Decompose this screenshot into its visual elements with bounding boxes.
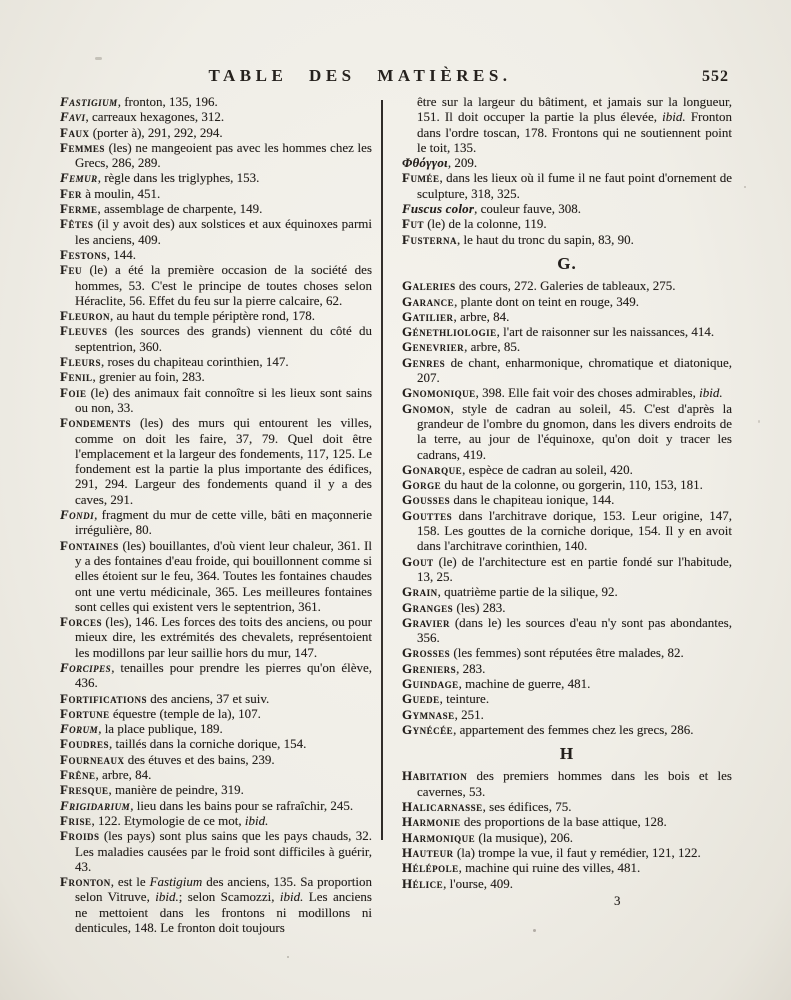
paper-speck <box>533 929 536 932</box>
scanned-book-page: TABLE DES MATIÈRES. 552 Fastigium, front… <box>0 0 791 1000</box>
index-entry: Fondements (les) des murs qui entourent … <box>60 415 372 507</box>
entry-headword: Gorge <box>402 477 441 492</box>
entry-headword: Fronton <box>60 874 111 889</box>
entry-headword: Gonarque <box>402 462 462 477</box>
index-entry: Gynécée, appartement des femmes chez les… <box>402 722 732 737</box>
index-entry: Foudres, taillés dans la corniche doriqu… <box>60 736 372 751</box>
index-entry: Fleuron, au haut du temple périptère ron… <box>60 308 372 323</box>
entry-headword: Feu <box>60 262 82 277</box>
paper-speck <box>95 57 102 60</box>
entry-headword: Frigidarium <box>60 798 130 813</box>
index-entry: Fut (le) de la colonne, 119. <box>402 216 732 231</box>
index-entry: Faux (porter à), 291, 292, 294. <box>60 125 372 140</box>
entry-headword: Fourneaux <box>60 752 124 767</box>
entry-headword: Forum <box>60 721 98 736</box>
index-entry: Gousses dans le chapiteau ionique, 144. <box>402 492 732 507</box>
index-entry: Fontaines (les) bouillantes, d'où vient … <box>60 538 372 614</box>
index-entry: Femmes (les) ne mangeoient pas avec les … <box>60 140 372 171</box>
index-entry: Hélépole, machine qui ruine des villes, … <box>402 860 732 875</box>
index-entry: Harmonique (la musique), 206. <box>402 830 732 845</box>
entry-headword: Guindage <box>402 676 459 691</box>
entry-headword: Fondi <box>60 507 94 522</box>
index-entry: Fuscus color, couleur fauve, 308. <box>402 201 732 216</box>
index-entry: Favi, carreaux hexagones, 312. <box>60 109 372 124</box>
entry-headword: Fêtes <box>60 216 93 231</box>
entry-headword: Génethliologie <box>402 324 497 339</box>
section-heading: H <box>402 737 732 768</box>
entry-headword: Gymnase <box>402 707 455 722</box>
paper-speck <box>758 420 760 423</box>
entry-headword: Habitation <box>402 768 467 783</box>
index-entry: Feu (le) a été la première occasion de l… <box>60 262 372 308</box>
index-entry: Fondi, fragment du mur de cette ville, b… <box>60 507 372 538</box>
index-entry: Fortune équestre (temple de la), 107. <box>60 706 372 721</box>
entry-headword: Fuscus color <box>402 201 474 216</box>
entry-headword: Genres <box>402 355 445 370</box>
entry-headword: Fondements <box>60 415 131 430</box>
entry-headword: Gnomonique <box>402 385 476 400</box>
index-entry: Fêtes (il y avoit des) aux solstices et … <box>60 216 372 247</box>
index-entry: Gymnase, 251. <box>402 707 732 722</box>
index-entry: Hauteur (la) trompe la vue, il faut y re… <box>402 845 732 860</box>
entry-headword: Guede <box>402 691 440 706</box>
entry-headword: Fastigium <box>60 94 118 109</box>
entry-headword: Granges <box>402 600 453 615</box>
entry-headword: Fer <box>60 186 82 201</box>
entry-headword: Harmonique <box>402 830 475 845</box>
entry-headword: Favi <box>60 109 86 124</box>
entry-headword: Ferme <box>60 201 97 216</box>
paper-speck <box>744 186 746 188</box>
entry-headword: Foie <box>60 385 86 400</box>
entry-headword: Fleuron <box>60 308 110 323</box>
index-entry: Gatilier, arbre, 84. <box>402 309 732 324</box>
entry-headword: Gouttes <box>402 508 452 523</box>
index-entry: Fourneaux des étuves et des bains, 239. <box>60 752 372 767</box>
page-number: 552 <box>702 68 729 86</box>
entry-headword: Fortifications <box>60 691 147 706</box>
index-entry: Femur, règle dans les triglyphes, 153. <box>60 170 372 185</box>
index-entry: Gout (le) de l'architecture est en parti… <box>402 554 732 585</box>
page-title: TABLE DES MATIÈRES. <box>60 66 660 86</box>
entry-headword: Φθόγγοι <box>402 155 448 170</box>
index-entry: Froids (les pays) sont plus sains que le… <box>60 828 372 874</box>
entry-headword: Gout <box>402 554 434 569</box>
index-entry: Fleurs, roses du chapiteau corinthien, 1… <box>60 354 372 369</box>
entry-headword: Forcipes <box>60 660 111 675</box>
index-entry: Fresque, manière de peindre, 319. <box>60 782 372 797</box>
index-entry: Genevrier, arbre, 85. <box>402 339 732 354</box>
entry-headword: Fumée <box>402 170 439 185</box>
index-entry: Forces (les), 146. Les forces des toits … <box>60 614 372 660</box>
index-entry: Frigidarium, lieu dans les bains pour se… <box>60 798 372 813</box>
entry-headword: Fontaines <box>60 538 119 553</box>
entry-headword: Genevrier <box>402 339 464 354</box>
entry-headword: Fut <box>402 216 424 231</box>
entry-headword: Harmonie <box>402 814 461 829</box>
index-entry: Galeries des cours, 272. Galeries de tab… <box>402 278 732 293</box>
index-entry: Forum, la place publique, 189. <box>60 721 372 736</box>
entry-headword: Gnomon <box>402 401 451 416</box>
entry-headword: Gravier <box>402 615 450 630</box>
index-entry: Garance, plante dont on teint en rouge, … <box>402 294 732 309</box>
index-entry: Frise, 122. Etymologie de ce mot, ibid. <box>60 813 372 828</box>
index-entry: Fer à moulin, 451. <box>60 186 372 201</box>
entry-headword: Fresque <box>60 782 108 797</box>
index-entry: Gonarque, espèce de cadran au soleil, 42… <box>402 462 732 477</box>
index-entry: Fenil, grenier au foin, 283. <box>60 369 372 384</box>
entry-headword: Frêne <box>60 767 95 782</box>
index-entry: Gorge du haut de la colonne, ou gorgerin… <box>402 477 732 492</box>
entry-headword: Gynécée <box>402 722 453 737</box>
entry-headword: Grosses <box>402 645 450 660</box>
index-entry: Fumée, dans les lieux où il fume il ne f… <box>402 170 732 201</box>
index-column-right: être sur la largeur du bâtiment, et jama… <box>402 94 732 908</box>
index-entry: Gravier (dans le) les sources d'eau n'y … <box>402 615 732 646</box>
index-column-left: Fastigium, fronton, 135, 196.Favi, carre… <box>60 94 372 935</box>
entry-headword: Forces <box>60 614 102 629</box>
index-entry: Fronton, est le Fastigium des anciens, 1… <box>60 874 372 935</box>
index-entry: Φθόγγοι, 209. <box>402 155 732 170</box>
entry-headword: Hauteur <box>402 845 454 860</box>
index-entry: Forcipes, tenailles pour prendre les pie… <box>60 660 372 691</box>
entry-headword: Fleurs <box>60 354 101 369</box>
index-entry: Grosses (les femmes) sont réputées être … <box>402 645 732 660</box>
index-entry: Guindage, machine de guerre, 481. <box>402 676 732 691</box>
entry-headword: Fortune <box>60 706 110 721</box>
index-entry: Gnomon, style de cadran au soleil, 45. C… <box>402 401 732 462</box>
entry-headword: Galeries <box>402 278 456 293</box>
index-entry: Foie (le) des animaux fait connoître si … <box>60 385 372 416</box>
index-entry: Habitation des premiers hommes dans les … <box>402 768 732 799</box>
index-entry: Gouttes dans l'architrave dorique, 153. … <box>402 508 732 554</box>
index-entry: Fleuves (les sources des grands) viennen… <box>60 323 372 354</box>
entry-headword: Hélice <box>402 876 443 891</box>
entry-headword: Greniers <box>402 661 456 676</box>
entry-headword: Fenil <box>60 369 92 384</box>
index-entry: Guede, teinture. <box>402 691 732 706</box>
index-entry: Granges (les) 283. <box>402 600 732 615</box>
entry-headword: Festons <box>60 247 107 262</box>
entry-headword: Gatilier <box>402 309 453 324</box>
index-entry: Génethliologie, l'art de raisonner sur l… <box>402 324 732 339</box>
entry-headword: Femur <box>60 170 98 185</box>
entry-headword: Fusterna <box>402 232 457 247</box>
index-entry: Fortifications des anciens, 37 et suiv. <box>60 691 372 706</box>
index-entry: Festons, 144. <box>60 247 372 262</box>
entry-headword: Femmes <box>60 140 105 155</box>
index-entry: Ferme, assemblage de charpente, 149. <box>60 201 372 216</box>
index-entry: Frêne, arbre, 84. <box>60 767 372 782</box>
index-entry: Greniers, 283. <box>402 661 732 676</box>
entry-headword: Halicarnasse <box>402 799 483 814</box>
entry-headword: Fleuves <box>60 323 107 338</box>
entry-headword: Gousses <box>402 492 450 507</box>
entry-headword: Hélépole <box>402 860 459 875</box>
entry-headword: Garance <box>402 294 454 309</box>
index-entry: Halicarnasse, ses édifices, 75. <box>402 799 732 814</box>
entry-headword: Foudres <box>60 736 109 751</box>
index-entry: Hélice, l'ourse, 409. <box>402 876 732 891</box>
entry-headword: Froids <box>60 828 99 843</box>
index-entry: Grain, quatrième partie de la silique, 9… <box>402 584 732 599</box>
index-entry: Harmonie des proportions de la base atti… <box>402 814 732 829</box>
index-entry: Gnomonique, 398. Elle fait voir des chos… <box>402 385 732 400</box>
index-entry: Fastigium, fronton, 135, 196. <box>60 94 372 109</box>
signature-mark: 3 <box>402 891 732 908</box>
entry-headword: Grain <box>402 584 438 599</box>
paper-speck <box>287 956 289 958</box>
entry-continuation: être sur la largeur du bâtiment, et jama… <box>402 94 732 155</box>
index-entry: Fusterna, le haut du tronc du sapin, 83,… <box>402 232 732 247</box>
index-entry: Genres de chant, enharmonique, chromatiq… <box>402 355 732 386</box>
entry-headword: Frise <box>60 813 91 828</box>
section-heading: G. <box>402 247 732 278</box>
column-divider-rule <box>381 100 383 840</box>
entry-headword: Faux <box>60 125 89 140</box>
